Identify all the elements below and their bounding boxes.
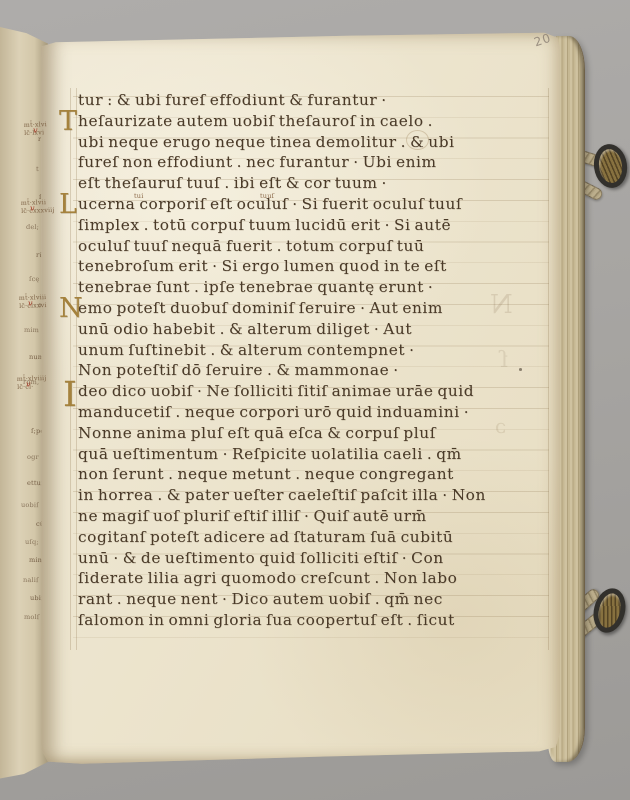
margin-canon-reference: mt̄·xlviiij v lc̄·cl· bbox=[17, 374, 75, 391]
manuscript-text-line: unū · & de ueſtimento quid ſolliciti eſt… bbox=[78, 548, 560, 569]
manuscript-text-line: rant . neque nent · Dico autem uobiſ . q… bbox=[78, 589, 560, 610]
prev-page-text-fragment: uobiſ bbox=[21, 502, 39, 509]
manuscript-text-line: unū odio habebit . & alterum diliget · A… bbox=[78, 319, 560, 340]
manuscript-text-line: eſt theſauruſ tuuſ . ibi eſt & cor tuum … bbox=[78, 173, 560, 194]
paragraph-lucerna: L ucerna corporiſ eſt oculuſ · Si fuerit… bbox=[78, 194, 560, 298]
prev-page-text-fragment: ſcę bbox=[28, 276, 39, 283]
paragraph-ideo-dico: I deo dico uobiſ · Ne ſolliciti ſitiſ an… bbox=[78, 381, 560, 631]
manuscript-text-line: cogitanſ poteſt adicere ad ſtaturam ſuā … bbox=[78, 527, 560, 548]
margin-canon-reference: mt̄·xlviii v lc̄·clxxvi bbox=[19, 293, 77, 310]
previous-page-edge: rſtſ·del;rūſcęɔ·mimnumrum,ſ;pęogretturuo… bbox=[0, 24, 48, 780]
paragraph-thesaurizate: T heſaurizate autem uobiſ theſauroſ in c… bbox=[78, 111, 560, 194]
ruling-vertical-line bbox=[76, 88, 77, 650]
prev-page-text-fragment: del; bbox=[26, 224, 39, 231]
canon-number: v bbox=[28, 299, 33, 307]
manuscript-text-line: emo poteſt duobuſ dominiſ ſeruire · Aut … bbox=[78, 298, 560, 319]
manuscript-text-line: in horrea . & pater ueſter caeleſtiſ paſ… bbox=[78, 485, 560, 506]
prev-page-text-fragment: uſq; bbox=[25, 539, 39, 546]
manuscript-text-line: tur : & ubi fureſ effodiunt & furantur · bbox=[78, 90, 560, 111]
text-block: tui tuuſ tur : & ubi fureſ effodiunt & f… bbox=[78, 90, 560, 631]
manuscript-text-line: quā ueſtimentum · Reſpicite uolatilia ca… bbox=[78, 444, 560, 465]
ruling-vertical-line bbox=[70, 88, 71, 650]
clasp-ring bbox=[591, 142, 630, 190]
manuscript-text-line: ucerna corporiſ eſt oculuſ · Si fuerit o… bbox=[78, 194, 560, 215]
paragraph-lines: heſaurizate autem uobiſ theſauroſ in cae… bbox=[78, 111, 560, 194]
manuscript-text-line: manducetiſ . neque corpori urō quid indu… bbox=[78, 402, 560, 423]
paragraph-lines: tur : & ubi fureſ effodiunt & furantur · bbox=[78, 90, 560, 111]
manuscript-text-line: oculuſ tuuſ nequā fuerit . totum corpuſ … bbox=[78, 236, 560, 257]
paragraph-lines: deo dico uobiſ · Ne ſolliciti ſitiſ anim… bbox=[78, 381, 560, 631]
paragraph-continuation: tur : & ubi fureſ effodiunt & furantur · bbox=[78, 90, 560, 111]
canon-number: v bbox=[30, 204, 35, 212]
manuscript-text-line: Nonne anima pluſ eſt quā eſca & corpuſ p… bbox=[78, 423, 560, 444]
canon-number: v bbox=[33, 126, 38, 134]
manuscript-text-line: ſiderate lilia agri quomodo creſcunt . N… bbox=[78, 568, 560, 589]
manuscript-page: 20 N ſ ɔ tui tuuſ tur : & ubi fureſ effo… bbox=[40, 32, 560, 766]
manuscript-text-line: ſimplex . totū corpuſ tuum lucidū erit ·… bbox=[78, 215, 560, 236]
prev-page-text-fragment: ogr bbox=[27, 454, 39, 461]
prev-page-text-fragment: t bbox=[36, 166, 39, 173]
manuscript-text-line: ubi neque erugo neque tinea demolitur . … bbox=[78, 132, 560, 153]
folio-number: 20 bbox=[532, 31, 553, 50]
paragraph-lines: ucerna corporiſ eſt oculuſ · Si fuerit o… bbox=[78, 194, 560, 298]
manuscript-text-line: non ſerunt . neque metunt . neque congre… bbox=[78, 464, 560, 485]
manuscript-text-line: ne magiſ uoſ pluriſ eſtiſ illiſ · Quiſ a… bbox=[78, 506, 560, 527]
manuscript-text-line: fureſ non effodiunt . nec furantur · Ubi… bbox=[78, 152, 560, 173]
manuscript-text-line: tenebroſum erit · Si ergo lumen quod in … bbox=[78, 256, 560, 277]
paragraph-nemo: N emo poteſt duobuſ dominiſ ſeruire · Au… bbox=[78, 298, 560, 381]
manuscript-photo: rſtſ·del;rūſcęɔ·mimnumrum,ſ;pęogretturuo… bbox=[0, 0, 630, 800]
manuscript-text-line: heſaurizate autem uobiſ theſauroſ in cae… bbox=[78, 111, 560, 132]
canon-number: v bbox=[26, 380, 31, 388]
margin-canon-reference: mt̄·xlvi v lc̄·lxvi bbox=[24, 120, 82, 137]
manuscript-text-line: tenebrae ſunt . ipſe tenebrae quantę eru… bbox=[78, 277, 560, 298]
manuscript-text-line: unum ſuſtinebit . & alterum contempnet · bbox=[78, 340, 560, 361]
margin-canon-reference: mt̄·xlvii v lc̄·cxxxviij bbox=[21, 198, 79, 215]
manuscript-text-line: ſalomon in omni gloria ſua coopertuſ eſt… bbox=[78, 610, 560, 631]
manuscript-text-line: Non poteſtiſ dō ſeruire . & mammonae · bbox=[78, 360, 560, 381]
manuscript-text-line: deo dico uobiſ · Ne ſolliciti ſitiſ anim… bbox=[78, 381, 560, 402]
paragraph-lines: emo poteſt duobuſ dominiſ ſeruire · Aut … bbox=[78, 298, 560, 381]
prev-page-text-fragment: molſ bbox=[24, 614, 39, 621]
prev-page-text-fragment: naliſ bbox=[23, 577, 39, 584]
prev-page-text-fragment: mim bbox=[24, 327, 39, 334]
